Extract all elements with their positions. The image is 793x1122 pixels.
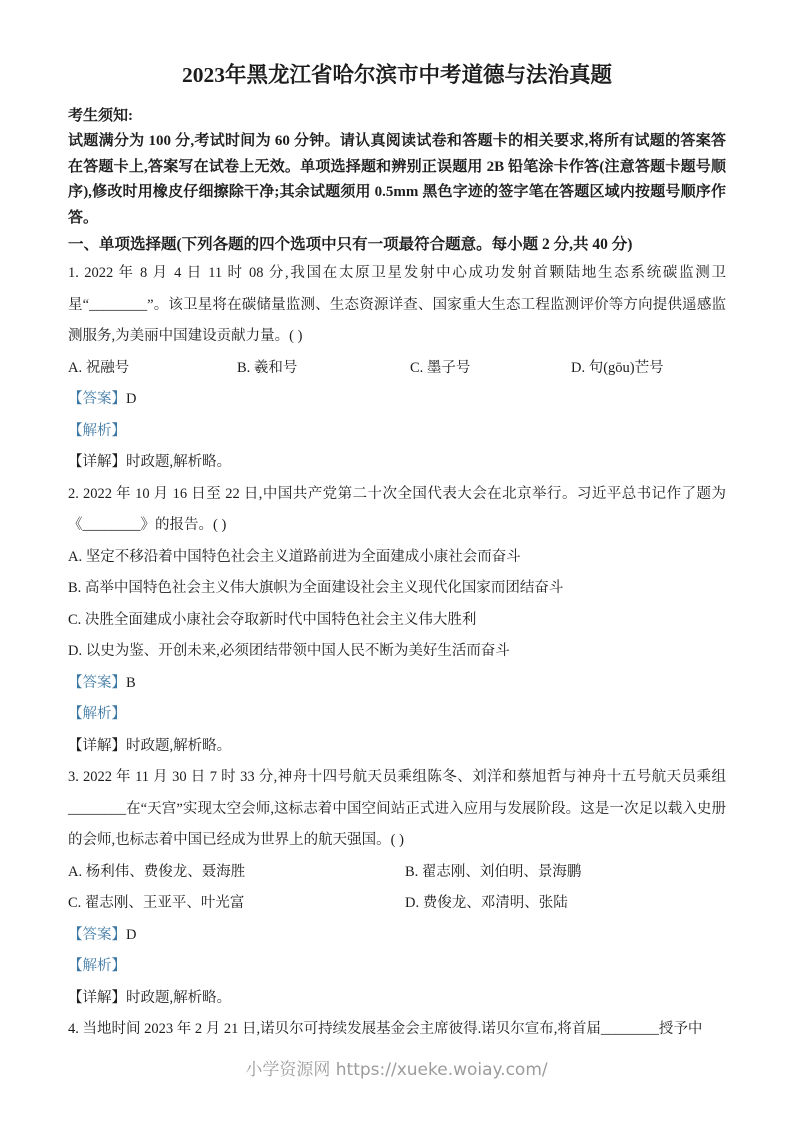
exam-document-page: 2023年黑龙江省哈尔滨市中考道德与法治真题 考生须知: 试题满分为 100 分…: [0, 0, 793, 1122]
question-2-option-b: B. 高举中国特色社会主义伟大旗帜为全面建设社会主义现代化国家而团结奋斗: [68, 573, 726, 605]
question-1-option-c: C. 墨子号: [410, 353, 571, 385]
question-3-option-d: D. 费俊龙、邓清明、张陆: [405, 888, 726, 920]
question-4: 4. 当地时间 2023 年 2 月 21 日,诺贝尔可持续发展基金会主席彼得.…: [68, 1014, 726, 1046]
question-1-options: A. 祝融号 B. 羲和号 C. 墨子号 D. 句(gōu)芒号: [68, 353, 726, 385]
question-3-option-a: A. 杨利伟、费俊龙、聂海胜: [68, 857, 405, 889]
question-1-option-b: B. 羲和号: [237, 353, 410, 385]
section-heading: 一、单项选择题(下列各题的四个选项中只有一项最符合题意。每小题 2 分,共 40…: [68, 231, 726, 258]
answer-label: 【答案】: [68, 391, 126, 407]
answer-label: 【答案】: [68, 675, 126, 691]
question-3-answer-value: D: [126, 927, 136, 943]
question-2-option-d: D. 以史为鉴、开创未来,必须团结带领中国人民不断为美好生活而奋斗: [68, 636, 726, 668]
answer-label: 【答案】: [68, 927, 126, 943]
question-2-answer-line: 【答案】B: [68, 668, 726, 700]
question-3-stem: 3. 2022 年 11 月 30 日 7 时 33 分,神舟十四号航天员乘组陈…: [68, 762, 726, 857]
analysis-label: 【解析】: [68, 699, 726, 731]
analysis-label: 【解析】: [68, 951, 726, 983]
question-1-detail-text: 时政题,解析略。: [126, 454, 231, 470]
question-3-options-row-2: C. 翟志刚、王亚平、叶光富 D. 费俊龙、邓清明、张陆: [68, 888, 726, 920]
detail-label: 【详解】: [68, 454, 126, 470]
detail-label: 【详解】: [68, 990, 126, 1006]
page-title: 2023年黑龙江省哈尔滨市中考道德与法治真题: [68, 58, 726, 92]
question-3-answer-line: 【答案】D: [68, 920, 726, 952]
notice-heading: 考生须知:: [68, 103, 726, 129]
question-1-answer-line: 【答案】D: [68, 384, 726, 416]
question-3: 3. 2022 年 11 月 30 日 7 时 33 分,神舟十四号航天员乘组陈…: [68, 762, 726, 1014]
question-2-detail-text: 时政题,解析略。: [126, 738, 231, 754]
notice-body: 试题满分为 100 分,考试时间为 60 分钟。请认真阅读试卷和答题卡的相关要求…: [68, 129, 726, 231]
question-3-detail-line: 【详解】时政题,解析略。: [68, 983, 726, 1015]
question-3-detail-text: 时政题,解析略。: [126, 990, 231, 1006]
question-3-options-row-1: A. 杨利伟、费俊龙、聂海胜 B. 翟志刚、刘伯明、景海鹏: [68, 857, 726, 889]
question-2-stem: 2. 2022 年 10 月 16 日至 22 日,中国共产党第二十次全国代表大…: [68, 479, 726, 542]
questions-area: 1. 2022 年 8 月 4 日 11 时 08 分,我国在太原卫星发射中心成…: [68, 258, 726, 1046]
detail-label: 【详解】: [68, 738, 126, 754]
question-1: 1. 2022 年 8 月 4 日 11 时 08 分,我国在太原卫星发射中心成…: [68, 258, 726, 479]
question-1-answer-value: D: [126, 391, 136, 407]
question-2-option-a: A. 坚定不移沿着中国特色社会主义道路前进为全面建成小康社会而奋斗: [68, 542, 726, 574]
question-2-option-c: C. 决胜全面建成小康社会夺取新时代中国特色社会主义伟大胜利: [68, 605, 726, 637]
question-1-option-a: A. 祝融号: [68, 353, 237, 385]
analysis-label: 【解析】: [68, 416, 726, 448]
question-2: 2. 2022 年 10 月 16 日至 22 日,中国共产党第二十次全国代表大…: [68, 479, 726, 763]
question-4-stem: 4. 当地时间 2023 年 2 月 21 日,诺贝尔可持续发展基金会主席彼得.…: [68, 1014, 726, 1046]
question-3-option-b: B. 翟志刚、刘伯明、景海鹏: [405, 857, 726, 889]
question-2-answer-value: B: [126, 675, 136, 691]
question-3-option-c: C. 翟志刚、王亚平、叶光富: [68, 888, 405, 920]
question-2-detail-line: 【详解】时政题,解析略。: [68, 731, 726, 763]
question-1-detail-line: 【详解】时政题,解析略。: [68, 447, 726, 479]
question-1-stem: 1. 2022 年 8 月 4 日 11 时 08 分,我国在太原卫星发射中心成…: [68, 258, 726, 353]
question-1-option-d: D. 句(gōu)芒号: [571, 353, 726, 385]
footer-watermark: 小学资源网 https://xueke.woiay.com/: [0, 1058, 793, 1082]
